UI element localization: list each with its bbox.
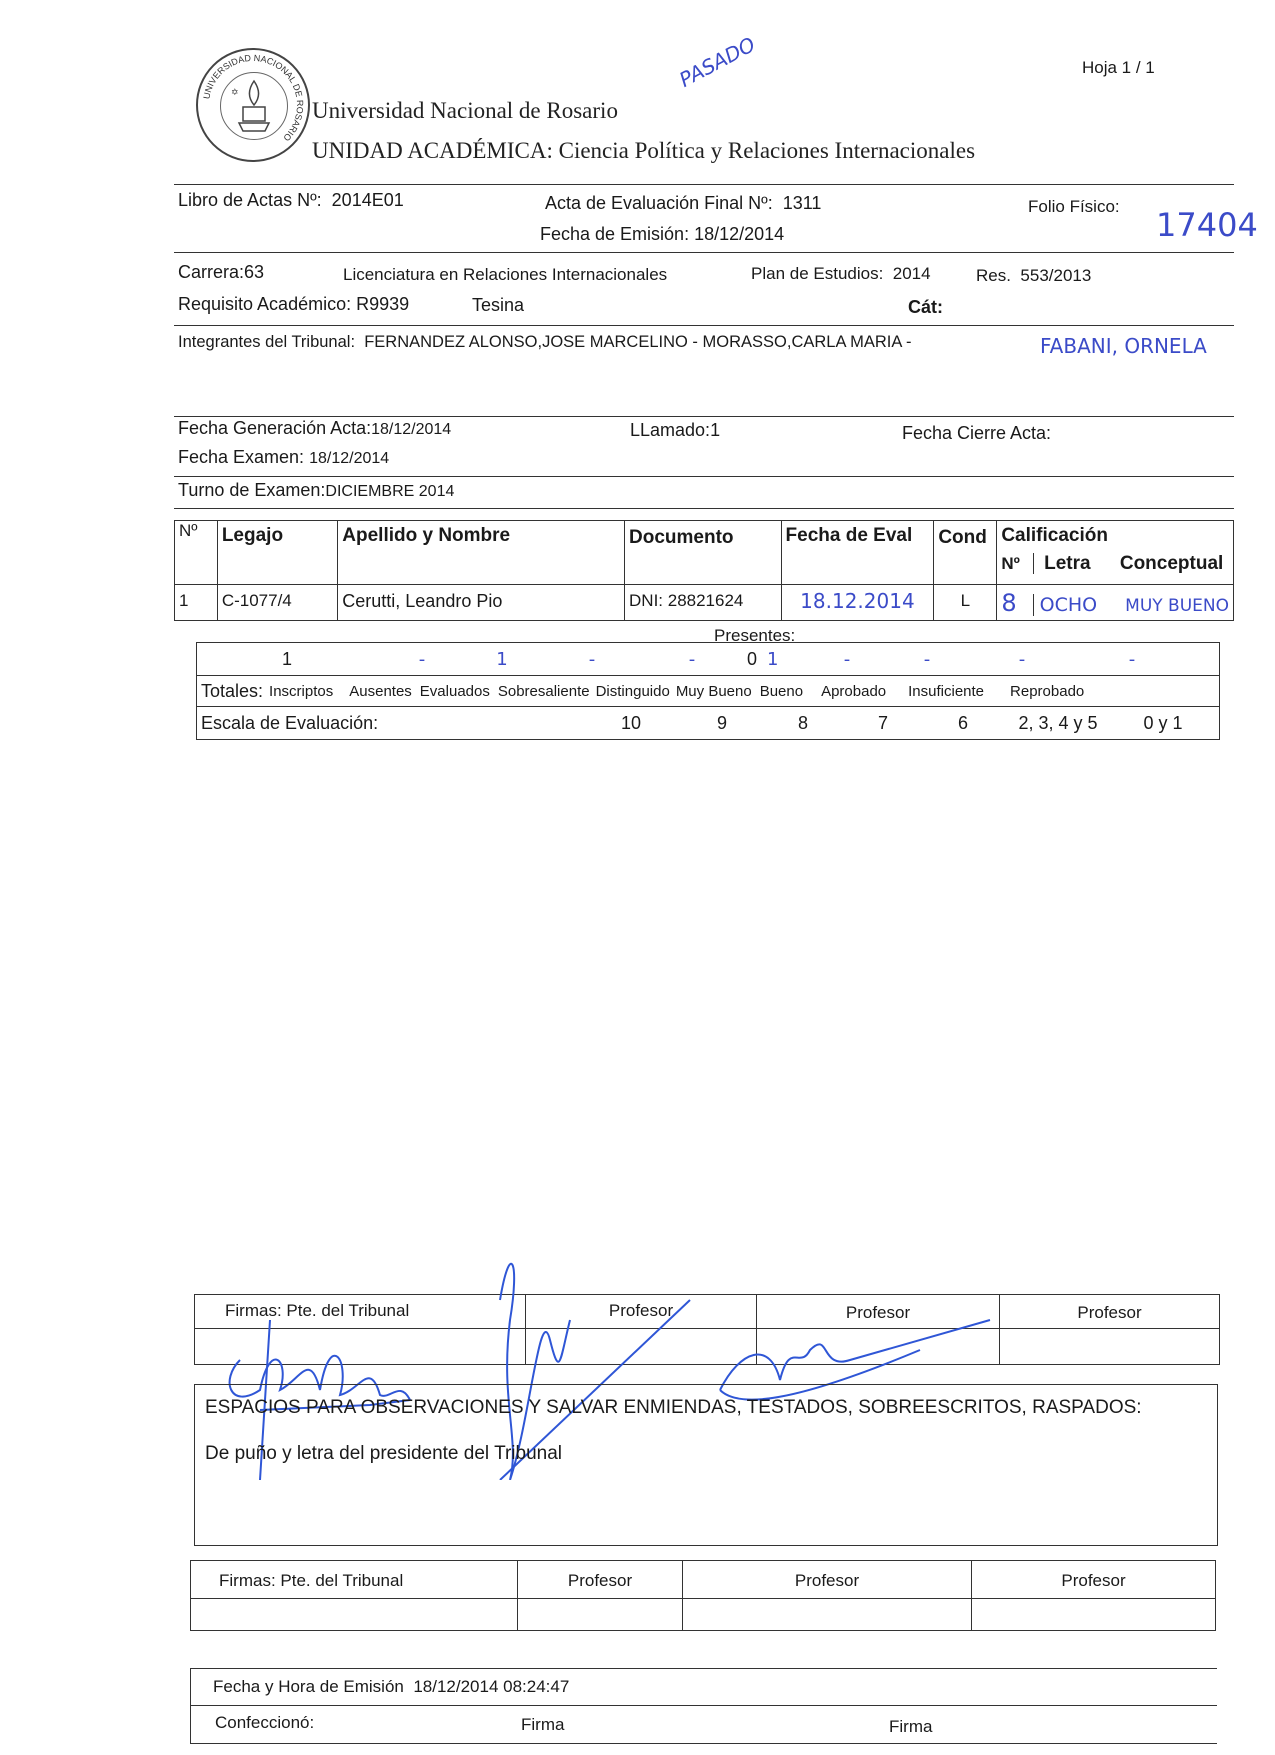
cell-num: 1 bbox=[175, 585, 218, 621]
col-insuficiente: Insuficiente bbox=[908, 683, 984, 700]
header-cal-num: Nº bbox=[1001, 554, 1020, 573]
firma-2-label: Firma bbox=[889, 1717, 932, 1737]
plan-estudios: Plan de Estudios: 2014 bbox=[751, 264, 931, 284]
cell-calificacion-handwritten: 8 OCHO MUY BUENO bbox=[997, 585, 1234, 621]
escala-muy-bueno: 8 bbox=[763, 713, 843, 734]
sig2-prof3-box[interactable] bbox=[972, 1599, 1216, 1631]
fecha-cierre-label: Fecha Cierre Acta: bbox=[902, 423, 1051, 444]
cell-cond: L bbox=[934, 585, 997, 621]
resolucion-value: 553/2013 bbox=[1020, 266, 1091, 285]
table-row: 1 C-1077/4 Cerutti, Leandro Pio DNI: 288… bbox=[175, 585, 1234, 621]
sig2-pte-box[interactable] bbox=[191, 1599, 518, 1631]
escala-row: Escala de Evaluación: 10 9 8 7 6 2, 3, 4… bbox=[197, 707, 1220, 740]
requisito-value: R9939 bbox=[356, 294, 409, 314]
header-nombre: Apellido y Nombre bbox=[338, 521, 625, 585]
escala-distinguido: 9 bbox=[681, 713, 763, 734]
sig2-pte-label: Firmas: Pte. del Tribunal bbox=[191, 1561, 518, 1599]
requisito-name: Tesina bbox=[472, 295, 524, 316]
signatures-table-2: Firmas: Pte. del Tribunal Profesor Profe… bbox=[190, 1560, 1216, 1631]
totales-label: Totales: bbox=[201, 681, 263, 702]
fecha-examen-value: 18/12/2014 bbox=[309, 450, 389, 467]
tribunal-members: Integrantes del Tribunal: FERNANDEZ ALON… bbox=[178, 333, 912, 352]
carrera: Carrera:63 bbox=[178, 262, 264, 283]
confecciono-label: Confeccionó: bbox=[215, 1713, 314, 1733]
header-num: Nº bbox=[175, 521, 218, 585]
cell-nombre: Cerutti, Leandro Pio bbox=[338, 585, 625, 621]
acta-number: Acta de Evaluación Final Nº: 1311 bbox=[545, 193, 821, 214]
sig2-prof2-label: Profesor bbox=[683, 1561, 972, 1599]
total-inscriptos: 1 bbox=[197, 649, 377, 670]
cell-legajo: C-1077/4 bbox=[217, 585, 337, 621]
table-header-row: Nº Legajo Apellido y Nombre Documento Fe… bbox=[175, 521, 1234, 585]
col-evaluados: Evaluados bbox=[420, 683, 490, 700]
cal-letra-handwritten: OCHO bbox=[1033, 594, 1097, 616]
turno-examen: Turno de Examen:DICIEMBRE 2014 bbox=[178, 480, 454, 501]
tribunal-members-list: FERNANDEZ ALONSO,JOSE MARCELINO - MORASS… bbox=[364, 333, 911, 351]
handwritten-stamp: PASADO bbox=[675, 32, 759, 92]
svg-text:UNIVERSIDAD NACIONAL DE ROSARI: UNIVERSIDAD NACIONAL DE ROSARIO bbox=[201, 53, 305, 143]
col-muy-bueno: Muy Bueno bbox=[676, 683, 752, 700]
totals-values-row: 1 - 1 - - 0 1 - - - - bbox=[197, 643, 1220, 676]
cell-documento: DNI: 28821624 bbox=[625, 585, 782, 621]
students-table: Nº Legajo Apellido y Nombre Documento Fe… bbox=[174, 520, 1234, 621]
total-muy-bueno-handwritten: 1 bbox=[767, 649, 807, 670]
libro-actas: Libro de Actas Nº: 2014E01 bbox=[178, 190, 404, 211]
col-distinguido: Distinguido bbox=[596, 683, 670, 700]
sig1-prof3-label: Profesor bbox=[1000, 1295, 1220, 1329]
header-calificacion: Calificación Nº Letra Conceptual bbox=[997, 521, 1234, 585]
carrera-value: 63 bbox=[244, 262, 264, 282]
total-sobresaliente: - bbox=[537, 649, 647, 670]
emision-datetime: Fecha y Hora de Emisión 18/12/2014 08:24… bbox=[213, 1677, 569, 1697]
observaciones-title: ESPACIOS PARA OBSERVACIONES Y SALVAR ENM… bbox=[205, 1397, 1165, 1419]
llamado: LLamado:1 bbox=[630, 420, 720, 441]
cal-num-handwritten: 8 bbox=[1001, 589, 1016, 617]
llamado-value: 1 bbox=[710, 420, 720, 440]
total-muy-bueno-printed: 0 bbox=[737, 649, 767, 670]
total-aprobado: - bbox=[887, 649, 967, 670]
university-name: Universidad Nacional de Rosario bbox=[312, 98, 618, 124]
fecha-emision-value: 18/12/2014 bbox=[694, 224, 784, 244]
header-fecha-eval: Fecha de Eval bbox=[781, 521, 934, 585]
firma-1-label: Firma bbox=[521, 1715, 564, 1735]
catedra-label: Cát: bbox=[908, 297, 943, 318]
cell-fecha-eval-handwritten: 18.12.2014 bbox=[781, 585, 934, 621]
escala-bueno: 7 bbox=[843, 713, 923, 734]
col-inscriptos: Inscriptos bbox=[269, 683, 333, 700]
folio-label: Folio Físico: bbox=[1028, 197, 1120, 217]
page-indicator: Hoja 1 / 1 bbox=[1082, 58, 1155, 78]
sig2-prof1-box[interactable] bbox=[518, 1599, 683, 1631]
total-insuficiente: - bbox=[967, 649, 1077, 670]
sig2-prof2-box[interactable] bbox=[683, 1599, 972, 1631]
resolucion: Res. 553/2013 bbox=[976, 266, 1091, 286]
carrera-name: Licenciatura en Relaciones Internacional… bbox=[343, 265, 667, 285]
total-distinguido: - bbox=[647, 649, 737, 670]
col-sobresaliente: Sobresaliente bbox=[498, 683, 590, 700]
col-ausentes: Ausentes bbox=[349, 683, 412, 700]
acta-number-value: 1311 bbox=[783, 193, 822, 213]
header-legajo: Legajo bbox=[217, 521, 337, 585]
escala-aprobado: 6 bbox=[923, 713, 1003, 734]
footer-box: Fecha y Hora de Emisión 18/12/2014 08:24… bbox=[190, 1668, 1217, 1744]
escala-reprobado: 0 y 1 bbox=[1113, 713, 1213, 734]
seal-ring-text: UNIVERSIDAD NACIONAL DE ROSARIO bbox=[198, 50, 308, 160]
tribunal-handwritten-member: FABANI, ORNELA bbox=[1040, 334, 1207, 358]
escala-label: Escala de Evaluación: bbox=[201, 713, 581, 734]
plan-estudios-value: 2014 bbox=[893, 264, 931, 283]
header-cal-letra: Letra bbox=[1033, 553, 1090, 574]
col-reprobado: Reprobado bbox=[1010, 683, 1084, 700]
folio-value-handwritten: 17404 bbox=[1156, 206, 1258, 244]
total-reprobado: - bbox=[1077, 649, 1187, 670]
libro-actas-value: 2014E01 bbox=[332, 190, 404, 210]
total-evaluados: 1 bbox=[467, 649, 537, 670]
fecha-emision: Fecha de Emisión: 18/12/2014 bbox=[540, 224, 784, 245]
total-bueno: - bbox=[807, 649, 887, 670]
sig1-prof3-box[interactable] bbox=[1000, 1329, 1220, 1365]
fecha-examen: Fecha Examen: 18/12/2014 bbox=[178, 447, 389, 468]
fecha-generacion: Fecha Generación Acta:18/12/2014 bbox=[178, 418, 451, 439]
turno-examen-value: DICIEMBRE 2014 bbox=[325, 483, 454, 500]
requisito-academico: Requisito Académico: R9939 bbox=[178, 294, 409, 315]
sig2-prof3-label: Profesor bbox=[972, 1561, 1216, 1599]
fecha-generacion-value: 18/12/2014 bbox=[371, 421, 451, 438]
escala-insuficiente: 2, 3, 4 y 5 bbox=[1003, 713, 1113, 734]
observaciones-subtitle: De puño y letra del presidente del Tribu… bbox=[205, 1443, 562, 1465]
total-ausentes: - bbox=[377, 649, 467, 670]
sig2-prof1-label: Profesor bbox=[518, 1561, 683, 1599]
cal-conceptual-handwritten: MUY BUENO bbox=[1125, 596, 1229, 616]
totals-labels-row: Totales: Inscriptos Ausentes Evaluados S… bbox=[197, 676, 1220, 707]
col-bueno: Bueno bbox=[760, 683, 803, 700]
header-cond: Cond bbox=[934, 521, 997, 585]
header-cal-conceptual: Conceptual bbox=[1120, 553, 1223, 574]
academic-unit: UNIDAD ACADÉMICA: Ciencia Política y Rel… bbox=[312, 138, 975, 164]
escala-sobresaliente: 10 bbox=[581, 713, 681, 734]
university-seal: ✡ UNIVERSIDAD NACIONAL DE ROSARIO bbox=[196, 48, 310, 162]
emision-datetime-value: 18/12/2014 08:24:47 bbox=[413, 1677, 569, 1696]
observaciones-box[interactable]: ESPACIOS PARA OBSERVACIONES Y SALVAR ENM… bbox=[194, 1384, 1218, 1546]
totals-table: 1 - 1 - - 0 1 - - - - Totales: Inscripto… bbox=[196, 642, 1220, 740]
header-documento: Documento bbox=[625, 521, 782, 585]
col-aprobado: Aprobado bbox=[821, 683, 886, 700]
